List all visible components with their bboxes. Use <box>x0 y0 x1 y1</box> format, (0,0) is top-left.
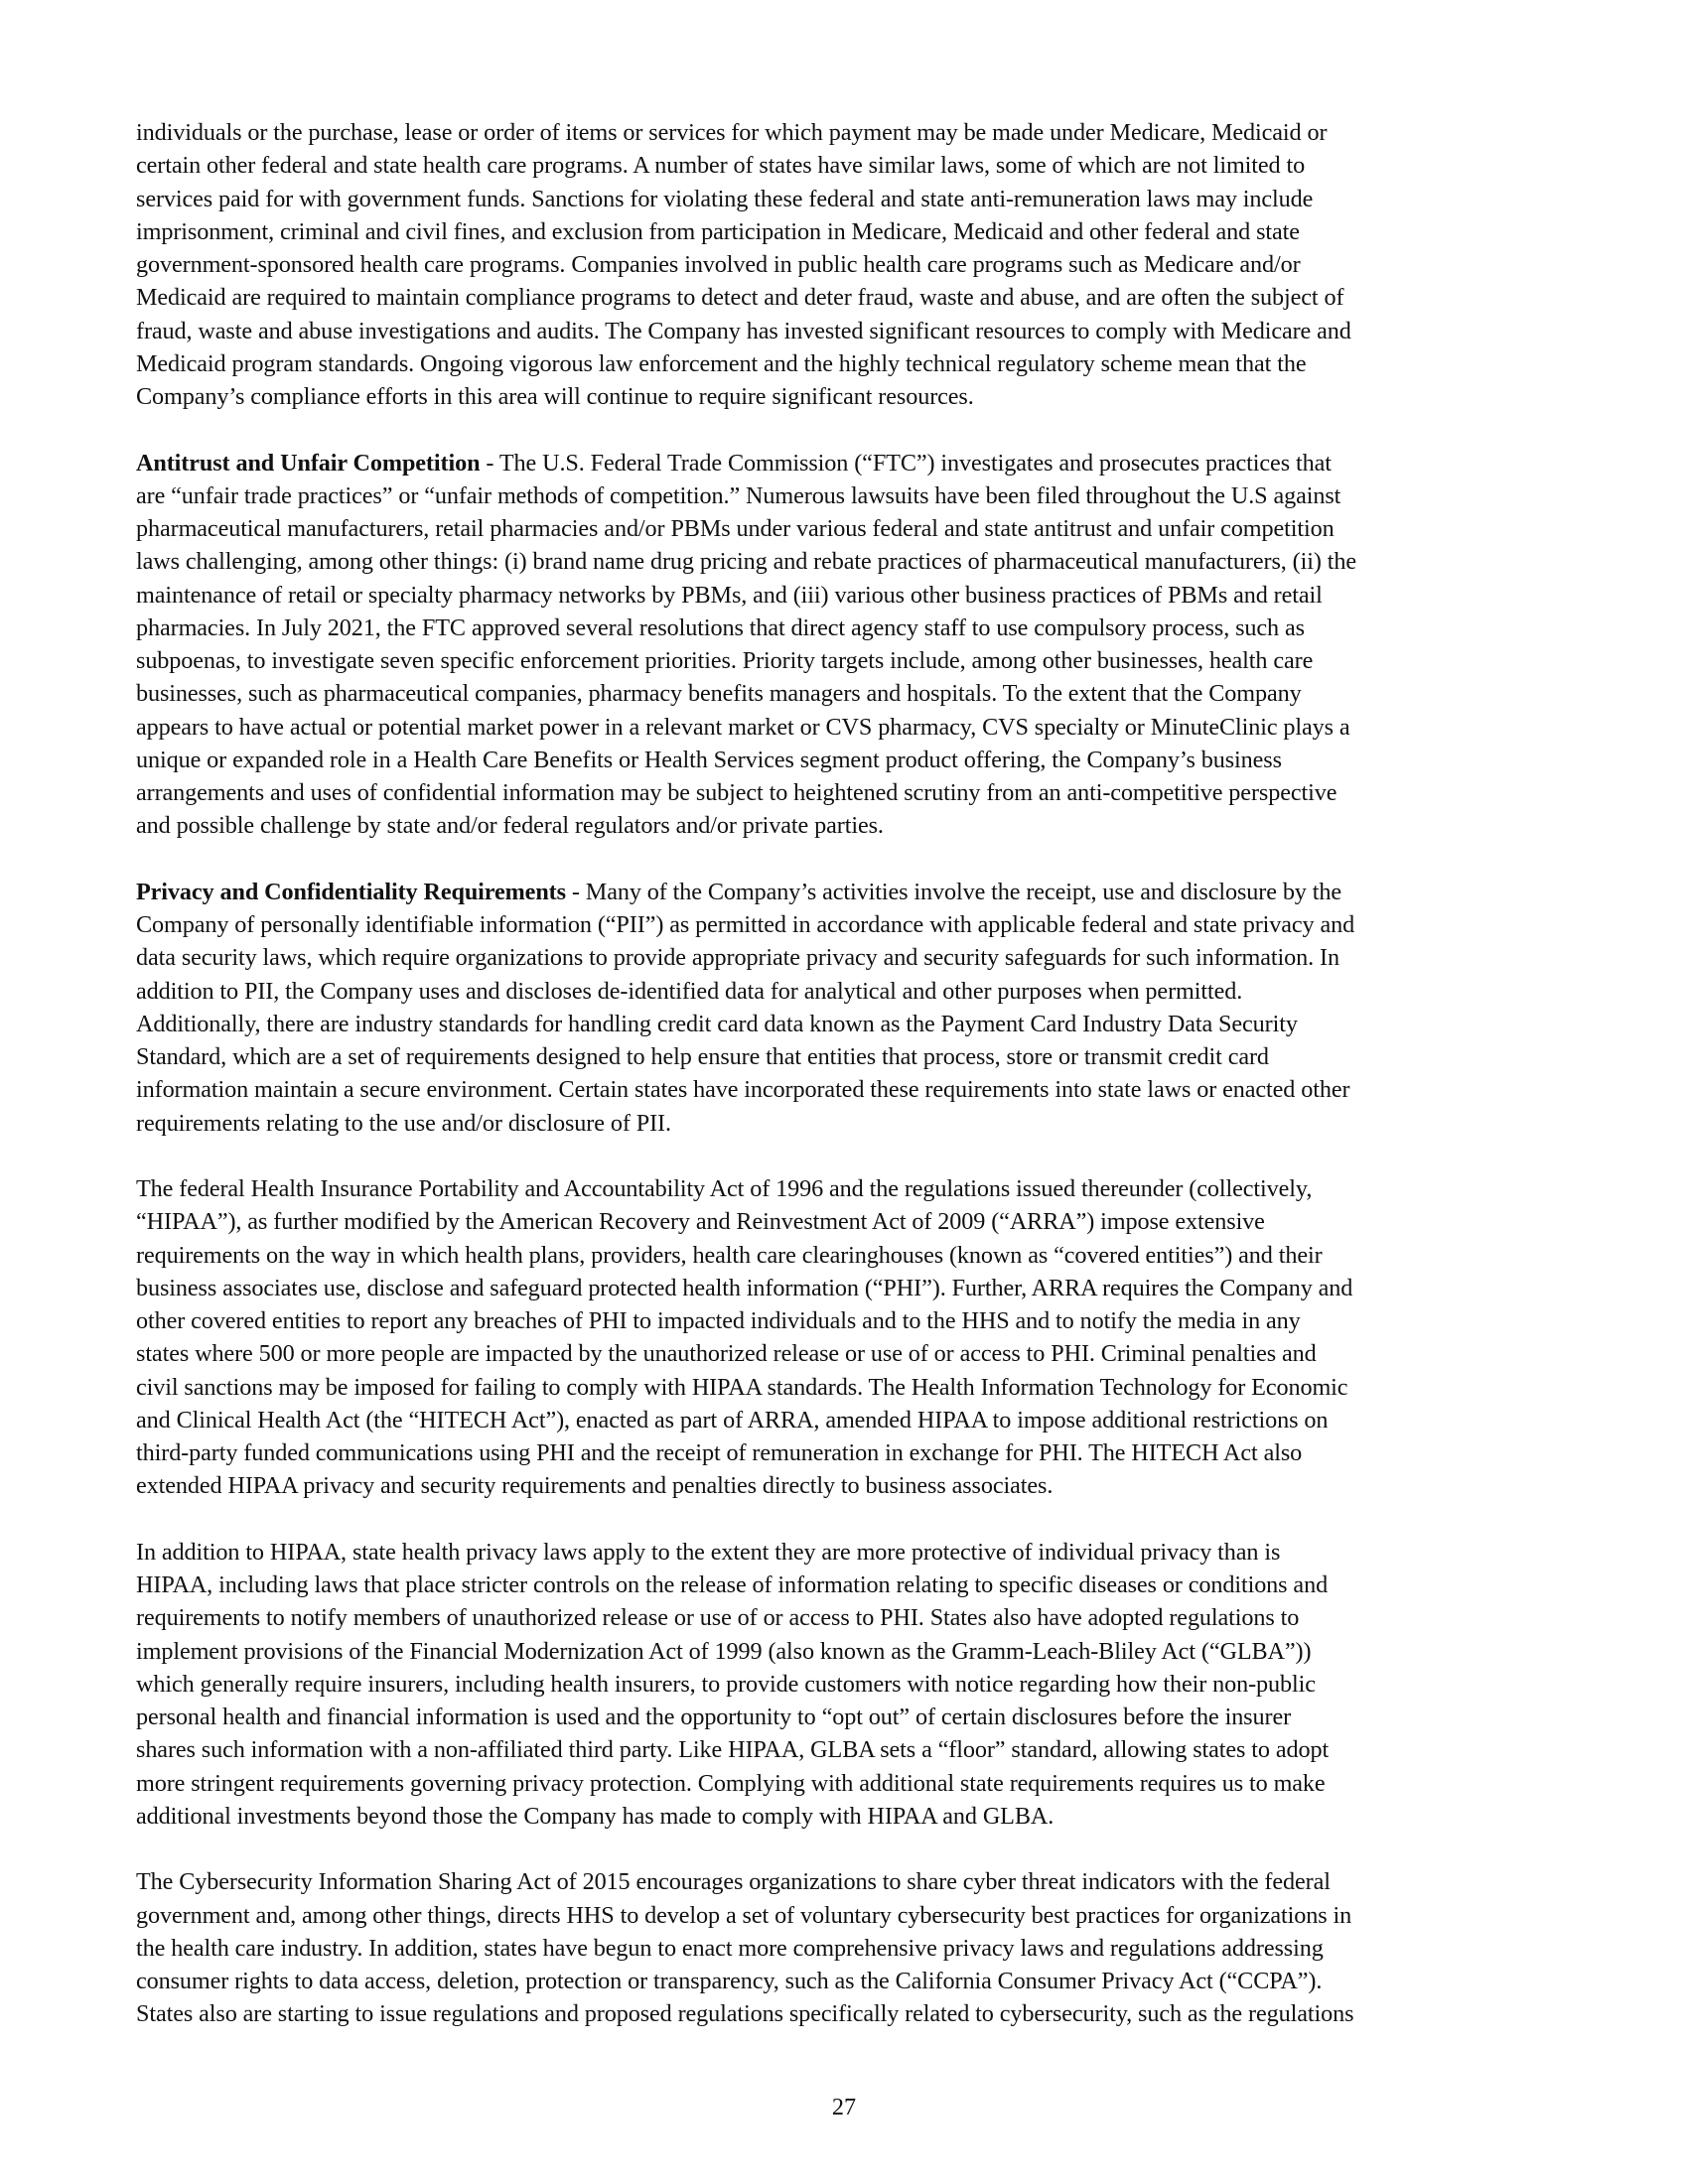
text-line: maintenance of retail or specialty pharm… <box>136 579 1566 612</box>
text-line: requirements on the way in which health … <box>136 1239 1566 1272</box>
text-line: HIPAA, including laws that place stricte… <box>136 1569 1566 1601</box>
text-line: Additionally, there are industry standar… <box>136 1008 1566 1040</box>
text-line: and possible challenge by state and/or f… <box>136 809 1566 842</box>
text-line: government and, among other things, dire… <box>136 1899 1566 1932</box>
paragraph-hipaa: The federal Health Insurance Portability… <box>136 1172 1566 1503</box>
text-line: data security laws, which require organi… <box>136 941 1566 974</box>
text-line: third-party funded communications using … <box>136 1436 1566 1469</box>
text-line: arrangements and uses of confidential in… <box>136 776 1566 809</box>
text-line: certain other federal and state health c… <box>136 149 1566 182</box>
text-line: and Clinical Health Act (the “HITECH Act… <box>136 1404 1566 1436</box>
text-line: subpoenas, to investigate seven specific… <box>136 644 1566 677</box>
text-line: other covered entities to report any bre… <box>136 1304 1566 1337</box>
text-line: personal health and financial informatio… <box>136 1701 1566 1733</box>
text-line: addition to PII, the Company uses and di… <box>136 975 1566 1008</box>
text-line: states where 500 or more people are impa… <box>136 1337 1566 1370</box>
text-line: which generally require insurers, includ… <box>136 1668 1566 1701</box>
section-heading-antitrust: Antitrust and Unfair Competition <box>136 450 480 477</box>
text-line: requirements to notify members of unauth… <box>136 1601 1566 1634</box>
text-line: appears to have actual or potential mark… <box>136 711 1566 744</box>
heading-continuation: - The U.S. Federal Trade Commission (“FT… <box>480 450 1331 477</box>
text-line: Medicaid program standards. Ongoing vigo… <box>136 347 1566 380</box>
text-line: are “unfair trade practices” or “unfair … <box>136 479 1566 512</box>
text-line: individuals or the purchase, lease or or… <box>136 116 1566 149</box>
text-line: Privacy and Confidentiality Requirements… <box>136 876 1566 908</box>
text-line: civil sanctions may be imposed for faili… <box>136 1371 1566 1404</box>
text-line: The Cybersecurity Information Sharing Ac… <box>136 1865 1566 1898</box>
text-line: business associates use, disclose and sa… <box>136 1272 1566 1304</box>
text-line: shares such information with a non-affil… <box>136 1733 1566 1766</box>
text-line: the health care industry. In addition, s… <box>136 1932 1566 1965</box>
heading-continuation: - Many of the Company’s activities invol… <box>566 879 1341 905</box>
text-line: services paid for with government funds.… <box>136 183 1566 215</box>
paragraph-cybersecurity: The Cybersecurity Information Sharing Ac… <box>136 1865 1566 2030</box>
text-line: fraud, waste and abuse investigations an… <box>136 315 1566 347</box>
document-page: individuals or the purchase, lease or or… <box>136 116 1566 2064</box>
text-line: Standard, which are a set of requirement… <box>136 1040 1566 1073</box>
text-line: imprisonment, criminal and civil fines, … <box>136 215 1566 248</box>
text-line: Company’s compliance efforts in this are… <box>136 380 1566 413</box>
text-line: additional investments beyond those the … <box>136 1800 1566 1833</box>
paragraph-state-privacy-glba: In addition to HIPAA, state health priva… <box>136 1536 1566 1833</box>
text-line: States also are starting to issue regula… <box>136 1997 1566 2030</box>
text-line: extended HIPAA privacy and security requ… <box>136 1469 1566 1502</box>
text-line: requirements relating to the use and/or … <box>136 1107 1566 1140</box>
text-line: laws challenging, among other things: (i… <box>136 545 1566 578</box>
text-line: consumer rights to data access, deletion… <box>136 1965 1566 1997</box>
text-line: businesses, such as pharmaceutical compa… <box>136 677 1566 710</box>
text-line: “HIPAA”), as further modified by the Ame… <box>136 1205 1566 1238</box>
text-line: Antitrust and Unfair Competition - The U… <box>136 447 1566 479</box>
text-line: unique or expanded role in a Health Care… <box>136 744 1566 776</box>
text-line: In addition to HIPAA, state health priva… <box>136 1536 1566 1569</box>
text-line: government-sponsored health care program… <box>136 248 1566 281</box>
paragraph-anti-remuneration: individuals or the purchase, lease or or… <box>136 116 1566 413</box>
page-number: 27 <box>0 2091 1688 2123</box>
text-line: Medicaid are required to maintain compli… <box>136 281 1566 314</box>
paragraph-antitrust: Antitrust and Unfair Competition - The U… <box>136 447 1566 843</box>
text-line: information maintain a secure environmen… <box>136 1073 1566 1106</box>
section-heading-privacy: Privacy and Confidentiality Requirements <box>136 879 566 905</box>
text-line: implement provisions of the Financial Mo… <box>136 1635 1566 1668</box>
text-line: pharmaceutical manufacturers, retail pha… <box>136 512 1566 545</box>
paragraph-privacy: Privacy and Confidentiality Requirements… <box>136 876 1566 1140</box>
text-line: The federal Health Insurance Portability… <box>136 1172 1566 1205</box>
text-line: Company of personally identifiable infor… <box>136 908 1566 941</box>
text-line: more stringent requirements governing pr… <box>136 1767 1566 1800</box>
text-line: pharmacies. In July 2021, the FTC approv… <box>136 612 1566 644</box>
